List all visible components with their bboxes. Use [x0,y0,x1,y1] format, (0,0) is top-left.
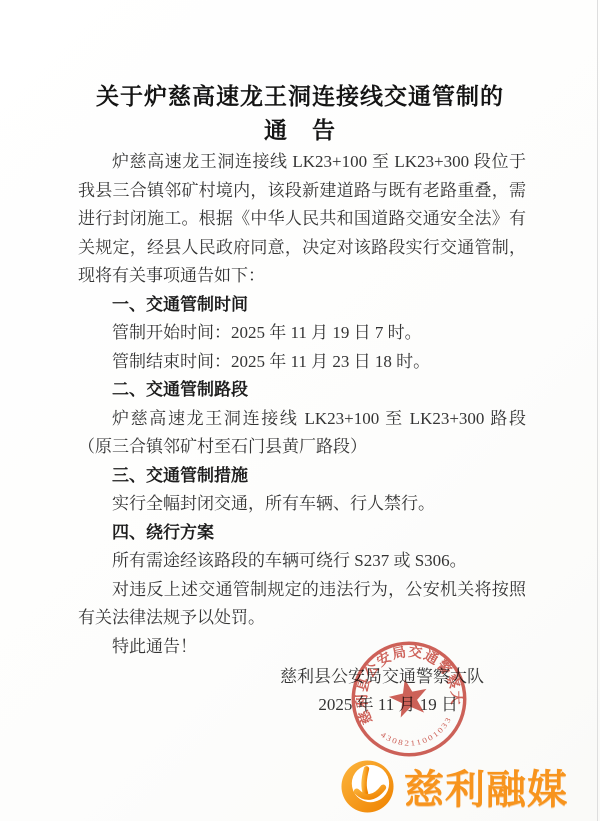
media-logo: 慈利融媒 [340,758,568,815]
scanned-notice-page: 关于炉慈高速龙王洞连接线交通管制的 通 告 炉慈高速龙王洞连接线 LK23+10… [0,0,600,821]
notice-title: 关于炉慈高速龙王洞连接线交通管制的 通 告 [0,0,600,148]
penalty-paragraph: 对违反上述交通管制规定的违法行为，公安机关将按照有关法律法规予以处罚。 [78,576,526,633]
intro-paragraph: 炉慈高速龙王洞连接线 LK23+100 至 LK23+300 段位于我县三合镇邻… [78,148,526,291]
notice-title-line1: 关于炉慈高速龙王洞连接线交通管制的 [0,80,600,114]
hereby-notice: 特此通告！ [78,633,526,662]
notice-body: 炉慈高速龙王洞连接线 LK23+100 至 LK23+300 段位于我县三合镇邻… [78,148,526,661]
section-2-heading: 二、交通管制路段 [78,376,526,405]
control-measures: 实行全幅封闭交通，所有车辆、行人禁行。 [78,490,526,519]
media-logo-text: 慈利融媒 [404,758,568,815]
media-logo-icon [340,759,395,814]
signature-block: 慈利县公安局交通警察大队 2025 年 11 月 19 日 [0,663,600,719]
section-3-heading: 三、交通管制措施 [78,462,526,491]
control-start-time: 管制开始时间：2025 年 11 月 19 日 7 时。 [78,319,526,348]
detour-plan: 所有需途经该路段的车辆可绕行 S237 或 S306。 [78,547,526,576]
notice-title-line2: 通 告 [0,114,600,148]
issuing-unit: 慈利县公安局交通警察大队 [0,663,600,691]
section-4-heading: 四、绕行方案 [78,519,526,548]
control-road-section: 炉慈高速龙王洞连接线 LK23+100 至 LK23+300 路段（原三合镇邻矿… [78,405,526,462]
section-1-heading: 一、交通管制时间 [78,291,526,320]
control-end-time: 管制结束时间：2025 年 11 月 23 日 18 时。 [78,348,526,377]
issue-date: 2025 年 11 月 19 日 [0,691,600,719]
